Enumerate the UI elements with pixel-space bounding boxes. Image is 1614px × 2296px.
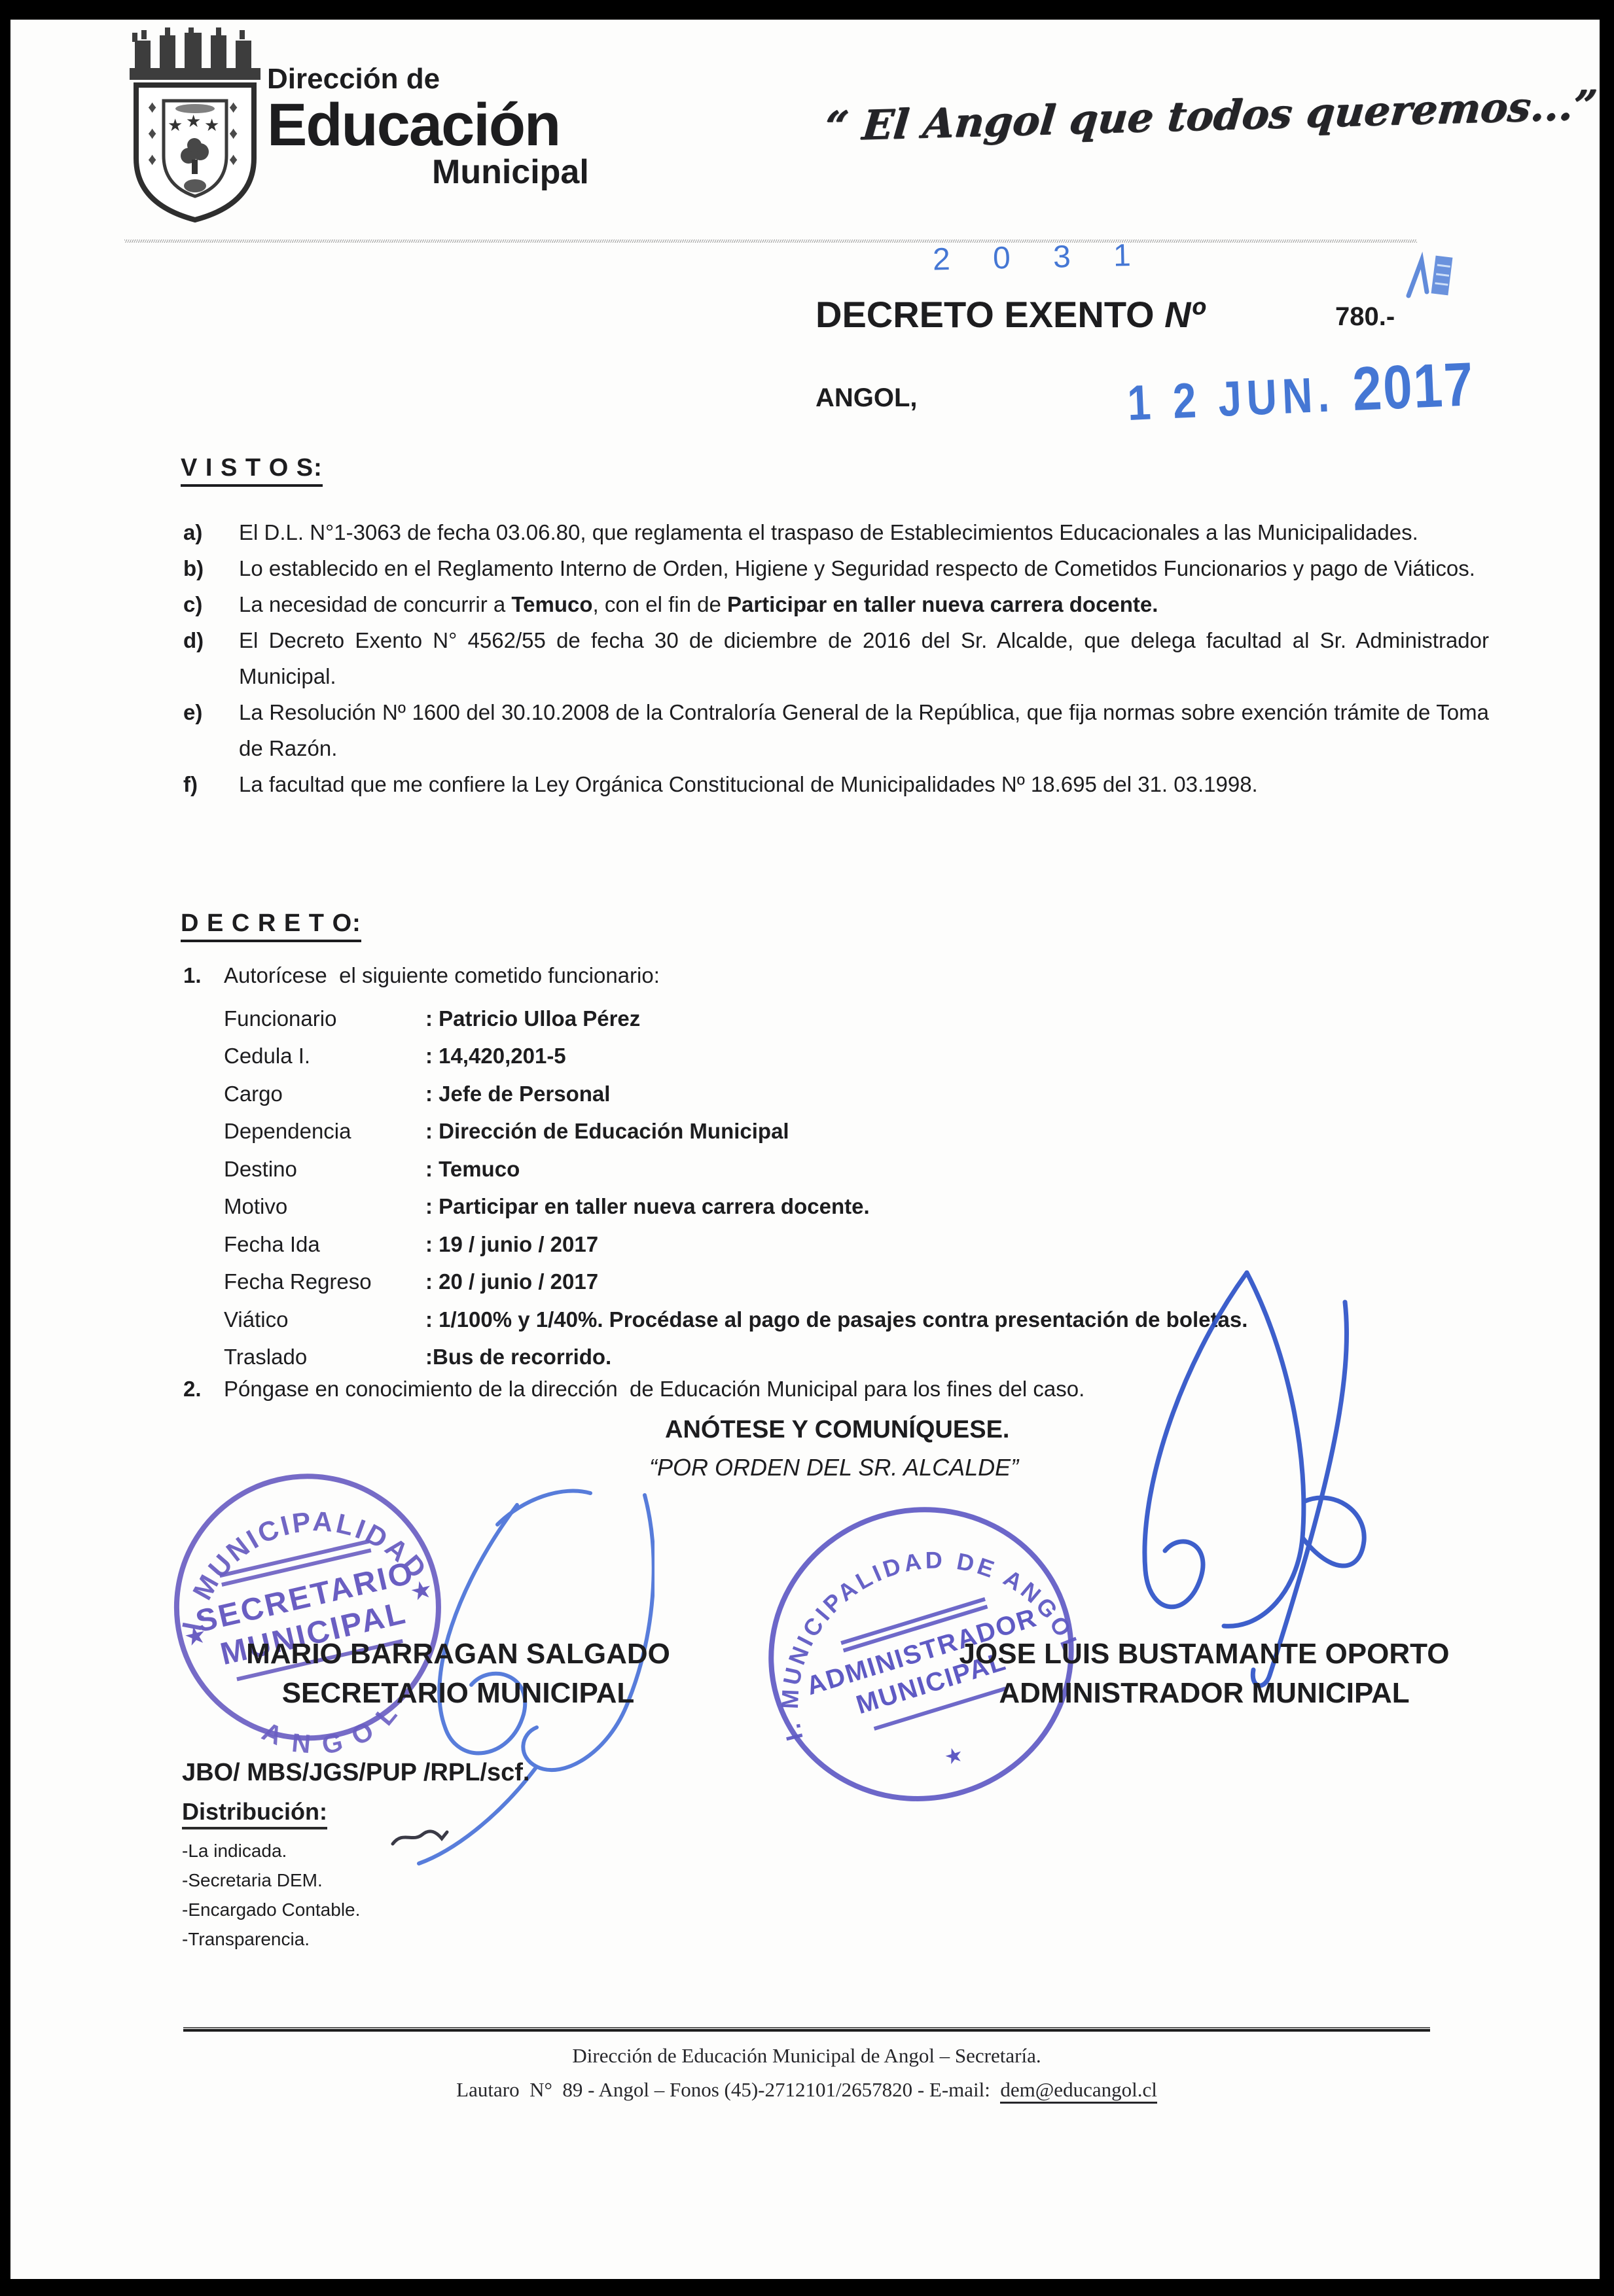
detail-label: Funcionario (224, 1000, 425, 1038)
vistos-item-a: a) El D.L. N°1-3063 de fecha 03.06.80, q… (183, 514, 1489, 550)
item-letter: b) (183, 550, 239, 586)
by-order-line: “POR ORDEN DEL SR. ALCALDE” (649, 1454, 1018, 1481)
item-letter: d) (183, 622, 239, 694)
item-text: El D.L. N°1-3063 de fecha 03.06.80, que … (239, 514, 1489, 550)
item-letter: c) (183, 586, 239, 622)
detail-label: Viático (224, 1301, 425, 1339)
svg-text:♦: ♦ (229, 123, 238, 143)
distribution-item: -Secretaria DEM. (182, 1865, 360, 1895)
vistos-item-c: c) La necesidad de concurrir a Temuco, c… (183, 586, 1489, 622)
detail-label: Destino (224, 1150, 425, 1188)
item-letter: f) (183, 766, 239, 802)
vistos-list: a) El D.L. N°1-3063 de fecha 03.06.80, q… (183, 514, 1489, 802)
date-stamp-day-month: 1 2 JUN. (1126, 366, 1336, 431)
svg-text:★: ★ (186, 112, 201, 132)
decree-title-line: DECRETO EXENTO Nº (816, 293, 1204, 336)
signatory-right-name: JOSE LUIS BUSTAMANTE OPORTO (942, 1634, 1466, 1674)
distribution-heading: Distribución: (182, 1798, 327, 1829)
detail-label: Cargo (224, 1075, 425, 1113)
scanned-decree-page: ♦♦♦ ♦♦♦ ★★★ Dirección de Educación Munic… (0, 0, 1614, 2296)
signatory-right-title: ADMINISTRADOR MUNICIPAL (942, 1674, 1466, 1713)
responsibility-initials: JBO/ MBS/JGS/PUP /RPL/scf. (182, 1759, 529, 1787)
detail-value: : 19 / junio / 2017 (425, 1226, 1494, 1263)
item-text: Autorícese el siguiente cometido funcion… (224, 959, 1492, 992)
item-letter: a) (183, 514, 239, 550)
item-text-segment: Lo establecido en el Reglamento Interno … (239, 556, 1475, 580)
svg-text:♦: ♦ (148, 149, 156, 169)
detail-value: : Temuco (425, 1150, 1494, 1188)
detail-value: : Participar en taller nueva carrera doc… (425, 1188, 1494, 1226)
detail-label: Motivo (224, 1188, 425, 1226)
footer-line1: Dirección de Educación Municipal de Ango… (183, 2039, 1430, 2073)
decreto-item-1: 1. Autorícese el siguiente cometido func… (183, 959, 1492, 992)
item-text-segment: , con el fin de (593, 592, 727, 616)
org-name-block: Dirección de Educación Municipal (267, 63, 589, 190)
distribution-list: -La indicada. -Secretaria DEM. -Encargad… (182, 1836, 360, 1954)
detail-label: Fecha Ida (224, 1226, 425, 1263)
detail-label: Traslado (224, 1339, 425, 1377)
decree-number-symbol: Nº (1164, 294, 1204, 335)
city-label: ANGOL, (816, 383, 918, 413)
svg-text:♦: ♦ (148, 123, 156, 143)
decree-number-value: 780.- (1335, 302, 1395, 332)
item-text-segment: La Resolución Nº 1600 del 30.10.2008 de … (239, 700, 1489, 760)
vistos-item-e: e) La Resolución Nº 1600 del 30.10.2008 … (183, 694, 1489, 766)
vistos-item-f: f) La facultad que me confiere la Ley Or… (183, 766, 1489, 802)
vistos-item-b: b) Lo establecido en el Reglamento Inter… (183, 550, 1489, 586)
header-divider (124, 239, 1417, 243)
signatory-right-block: JOSE LUIS BUSTAMANTE OPORTO ADMINISTRADO… (942, 1634, 1466, 1713)
municipal-coat-of-arms-icon: ♦♦♦ ♦♦♦ ★★★ (126, 27, 264, 225)
signatory-left-block: MARIO BARRAGAN SALGADO SECRETARIO MUNICI… (216, 1634, 700, 1713)
item-text: Lo establecido en el Reglamento Interno … (239, 550, 1489, 586)
vistos-heading: V I S T O S: (181, 454, 323, 487)
item-text-segment-bold: Temuco (511, 592, 592, 616)
detail-value: : Patricio Ulloa Pérez (425, 1000, 1494, 1038)
item-text-segment: El D.L. N°1-3063 de fecha 03.06.80, que … (239, 520, 1418, 544)
detail-label: Dependencia (224, 1113, 425, 1151)
item-letter: e) (183, 694, 239, 766)
detail-value: : Jefe de Personal (425, 1075, 1494, 1113)
detail-label: Cedula I. (224, 1038, 425, 1076)
item-text: El Decreto Exento N° 4562/55 de fecha 30… (239, 622, 1489, 694)
signatory-left-title: SECRETARIO MUNICIPAL (216, 1674, 700, 1713)
item-text: La Resolución Nº 1600 del 30.10.2008 de … (239, 694, 1489, 766)
decree-title-text: DECRETO EXENTO (816, 294, 1164, 335)
signature-stroke-right (1047, 1263, 1374, 1695)
item-text: La facultad que me confiere la Ley Orgán… (239, 766, 1489, 802)
distribution-item: -Encargado Contable. (182, 1895, 360, 1924)
distribution-item: -Transparencia. (182, 1924, 360, 1954)
detail-value: : Dirección de Educación Municipal (425, 1113, 1494, 1151)
order-line: ANÓTESE Y COMUNÍQUESE. (665, 1416, 1009, 1444)
org-line-educacion: Educación (267, 96, 589, 154)
footer-email: dem@educangol.cl (1000, 2078, 1157, 2104)
vistos-item-d: d) El Decreto Exento N° 4562/55 de fecha… (183, 622, 1489, 694)
detail-value: : 14,420,201-5 (425, 1038, 1494, 1076)
org-line-direccion: Dirección de (267, 63, 589, 96)
footer-address: Lautaro N° 89 - Angol – Fonos (45)-27121… (456, 2078, 1000, 2101)
item-number: 2. (183, 1373, 224, 1405)
decreto-heading: D E C R E T O: (181, 910, 361, 942)
item-text-segment-bold: Participar en taller nueva carrera docen… (727, 592, 1158, 616)
svg-text:★: ★ (168, 116, 183, 135)
item-text-segment: La facultad que me confiere la Ley Orgán… (239, 772, 1258, 796)
item-text-segment: El Decreto Exento N° 4562/55 de fecha 30… (239, 628, 1489, 688)
svg-text:♦: ♦ (229, 97, 238, 116)
blue-ink-scribble (1402, 249, 1461, 308)
stamp-star-icon: ★ (941, 1742, 966, 1770)
decree-title: DECRETO EXENTO Nº (816, 294, 1204, 335)
item-text-segment: La necesidad de concurrir a (239, 592, 511, 616)
footer-rule (183, 2027, 1430, 2032)
item-number: 1. (183, 959, 224, 992)
svg-text:♦: ♦ (229, 149, 238, 169)
signatory-left-name: MARIO BARRAGAN SALGADO (216, 1634, 700, 1674)
distribution-item: -La indicada. (182, 1836, 360, 1865)
svg-text:♦: ♦ (148, 97, 156, 116)
svg-text:★: ★ (204, 116, 219, 135)
handwritten-folio-number: 2 0 3 1 (932, 238, 1148, 278)
footer-block: Dirección de Educación Municipal de Ango… (183, 2039, 1430, 2107)
item-text: La necesidad de concurrir a Temuco, con … (239, 586, 1489, 622)
date-stamp-year: 2017 (1351, 349, 1475, 423)
org-line-municipal: Municipal (432, 154, 589, 190)
date-received-stamp: 1 2 JUN.2017 (1126, 349, 1476, 435)
detail-label: Fecha Regreso (224, 1263, 425, 1301)
footer-line2: Lautaro N° 89 - Angol – Fonos (45)-27121… (183, 2073, 1430, 2107)
